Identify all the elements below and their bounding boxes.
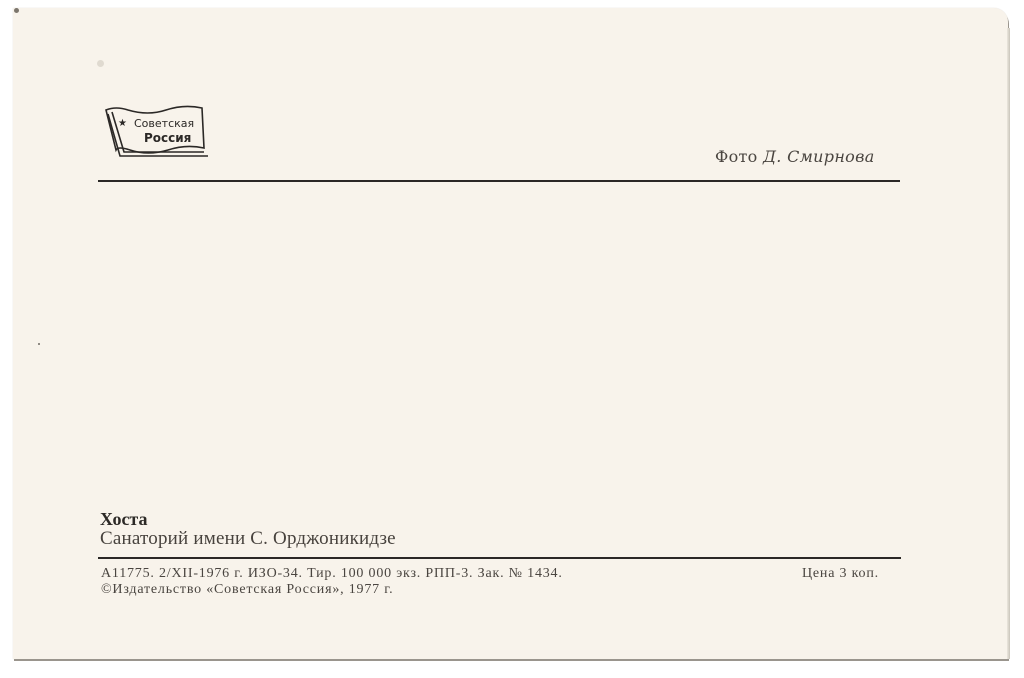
price: Цена 3 коп. [802, 566, 879, 582]
caption-title: Хоста [100, 509, 148, 530]
caption-subtitle: Санаторий имени С. Орджоникидзе [100, 528, 396, 550]
photo-credit-prefix: Фото [715, 147, 758, 166]
svg-text:Россия: Россия [144, 131, 191, 145]
imprint: А11775. 2/XII-1976 г. ИЗО-34. Тир. 100 0… [101, 566, 563, 598]
top-divider [98, 180, 900, 182]
star-flag-icon: ★ [118, 118, 127, 129]
paper-speck [38, 343, 40, 345]
photo-credit-author: Д. Смирнова [763, 147, 875, 166]
photo-credit: Фото Д. Смирнова [715, 147, 875, 166]
paper-speck [97, 60, 104, 67]
publisher-logo: ★ Советская Россия [104, 104, 212, 162]
imprint-line-1: А11775. 2/XII-1976 г. ИЗО-34. Тир. 100 0… [101, 566, 563, 582]
imprint-line-2: ©Издательство «Советская Россия», 1977 г… [101, 582, 563, 598]
bottom-divider [98, 557, 901, 559]
svg-text:Советская: Советская [134, 117, 194, 130]
paper-speck [14, 8, 19, 13]
